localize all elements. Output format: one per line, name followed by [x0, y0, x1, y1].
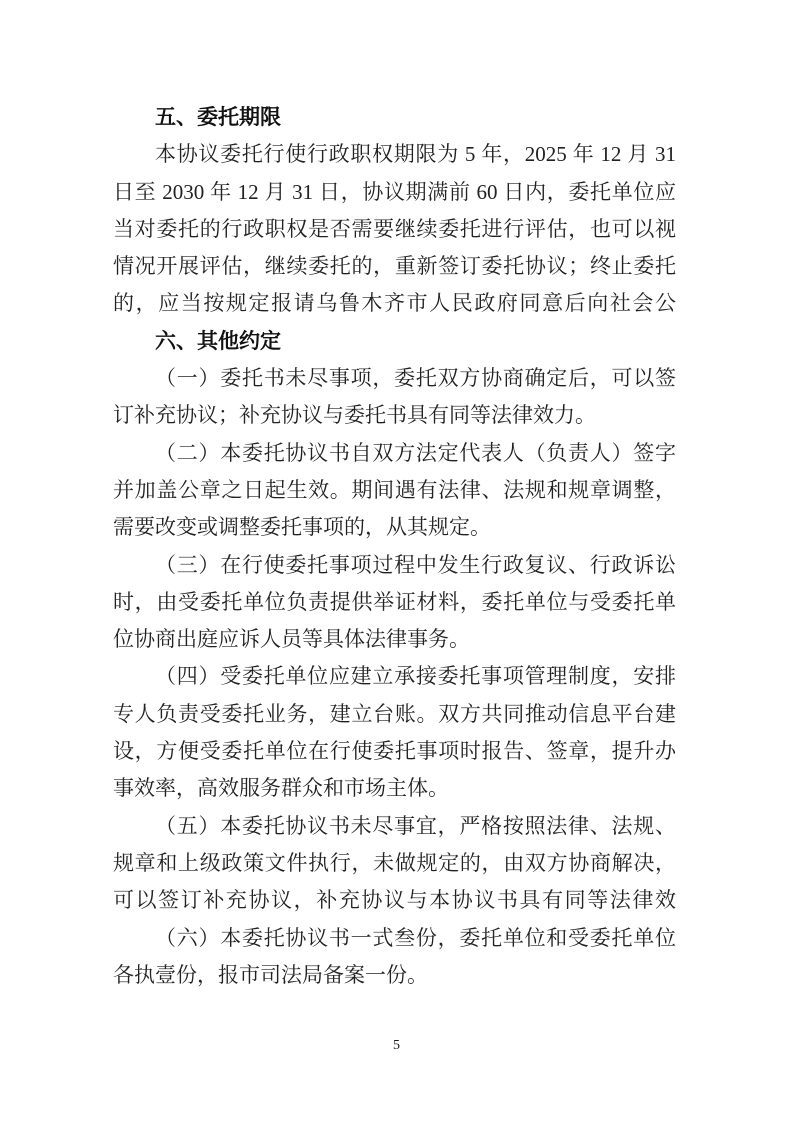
text-line: 各执壹份，报市司法局备案一份。 [113, 957, 676, 994]
text-line: 的，应当按规定报请乌鲁木齐市人民政府同意后向社会公告。 [113, 285, 676, 322]
text-line: 订补充协议；补充协议与委托书具有同等法律效力。 [113, 397, 676, 434]
text-line: （四）受委托单位应建立承接委托事项管理制度，安排 [113, 658, 676, 695]
document-page: 五、委托期限 本协议委托行使行政职权期限为 5 年，2025 年 12 月 31… [0, 0, 793, 1122]
text-line: 当对委托的行政职权是否需要继续委托进行评估，也可以视 [113, 211, 676, 248]
text-line: 日至 2030 年 12 月 31 日，协议期满前 60 日内，委托单位应 [113, 174, 676, 211]
section-heading-5: 五、委托期限 [113, 99, 676, 136]
text-line: 位协商出庭应诉人员等具体法律事务。 [113, 621, 676, 658]
document-body: 五、委托期限 本协议委托行使行政职权期限为 5 年，2025 年 12 月 31… [113, 99, 676, 994]
text-line: 事效率，高效服务群众和市场主体。 [113, 770, 676, 807]
text-line: 本协议委托行使行政职权期限为 5 年，2025 年 12 月 31 [113, 136, 676, 173]
section-heading-6: 六、其他约定 [113, 323, 676, 360]
text-line: 可以签订补充协议，补充协议与本协议书具有同等法律效力。 [113, 882, 676, 919]
text-line: （二）本委托协议书自双方法定代表人（负责人）签字 [113, 435, 676, 472]
text-line: 并加盖公章之日起生效。期间遇有法律、法规和规章调整， [113, 472, 676, 509]
text-line: （六）本委托协议书一式叁份，委托单位和受委托单位 [113, 920, 676, 957]
text-line: （三）在行使委托事项过程中发生行政复议、行政诉讼 [113, 547, 676, 584]
text-line: 情况开展评估，继续委托的，重新签订委托协议；终止委托 [113, 248, 676, 285]
page-number: 5 [0, 1036, 793, 1056]
text-line: （五）本委托协议书未尽事宜，严格按照法律、法规、 [113, 808, 676, 845]
text-line: 需要改变或调整委托事项的，从其规定。 [113, 509, 676, 546]
text-line: 时，由受委托单位负责提供举证材料，委托单位与受委托单 [113, 584, 676, 621]
text-line: 专人负责受委托业务，建立台账。双方共同推动信息平台建 [113, 696, 676, 733]
text-line: 规章和上级政策文件执行，未做规定的，由双方协商解决， [113, 845, 676, 882]
text-line: （一）委托书未尽事项，委托双方协商确定后，可以签 [113, 360, 676, 397]
text-line: 设，方便受委托单位在行使委托事项时报告、签章，提升办 [113, 733, 676, 770]
